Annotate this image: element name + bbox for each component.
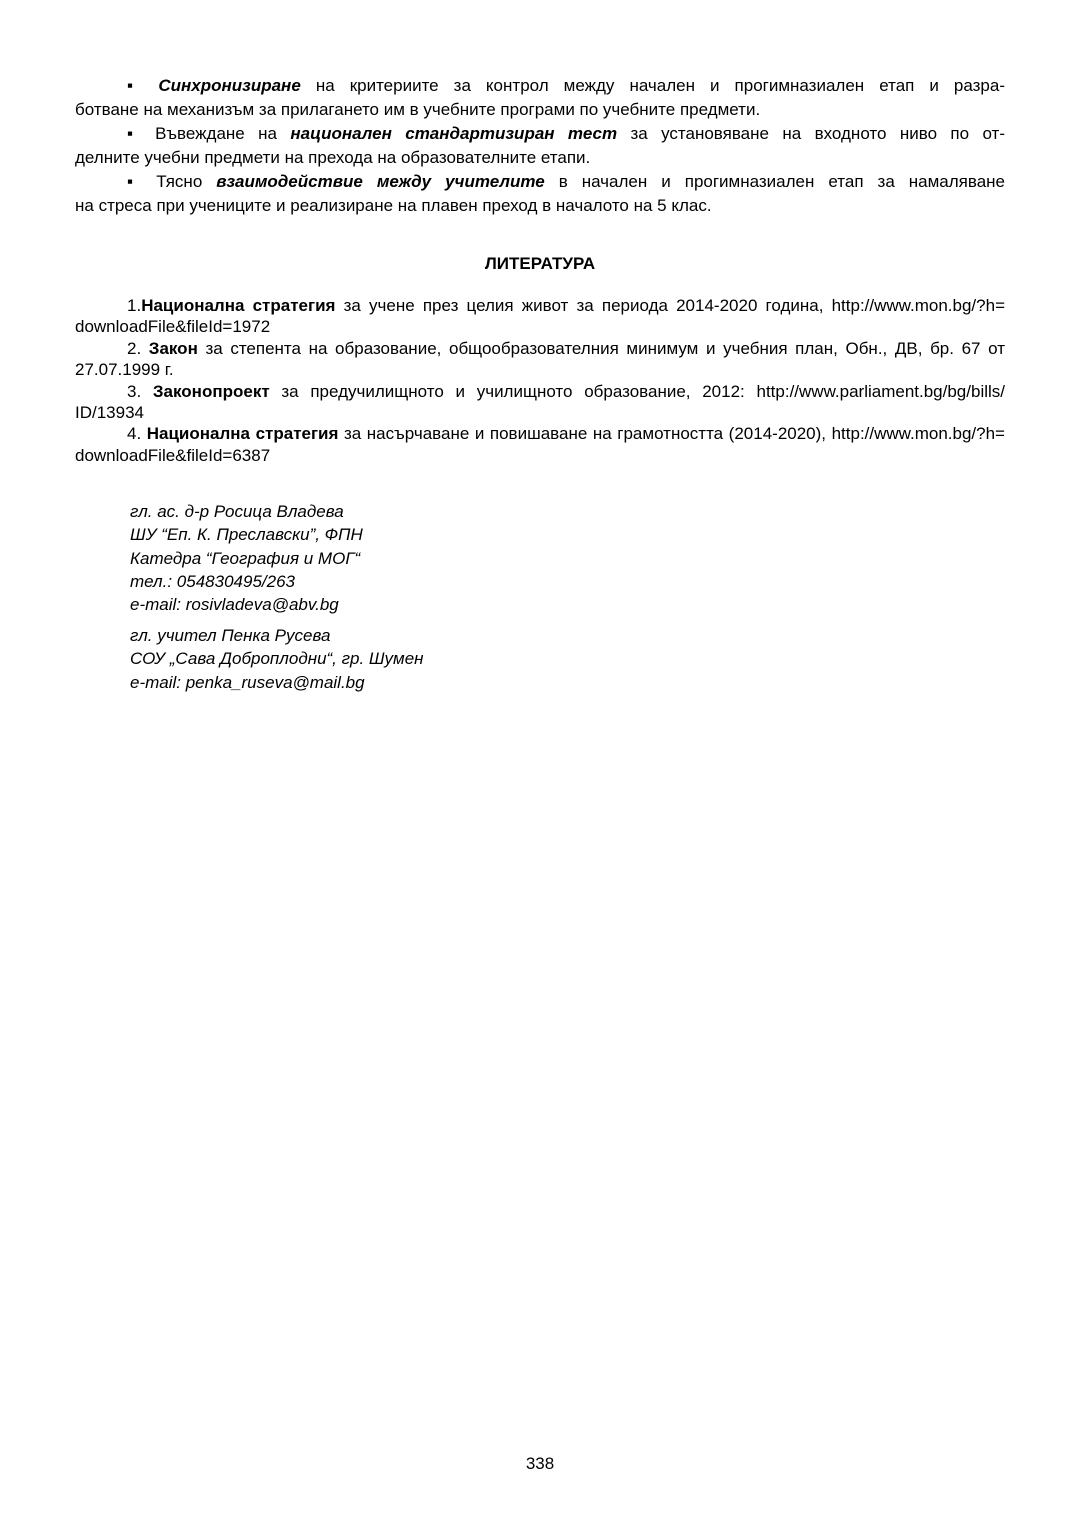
- text-line: 4. Национална стратегия за насърчаване и…: [75, 423, 1005, 444]
- text-segment: за учене през целия живот за периода 201…: [335, 296, 1005, 315]
- reference-item: 1.Национална стратегия за учене през цел…: [75, 295, 1005, 338]
- text-segment: Синхронизиране: [158, 76, 300, 95]
- text-segment: взаимодействие между учителите: [216, 172, 544, 191]
- bullet-icon: ▪: [127, 76, 158, 95]
- text-segment: ботване на механизъм за прилагането им в…: [75, 100, 760, 119]
- text-line: downloadFile&fileId=1972: [75, 316, 1005, 337]
- text-segment: Тясно: [156, 172, 216, 191]
- author-line: гл. ас. д-р Росица Владева: [130, 500, 363, 523]
- bullet-list: ▪ Синхронизиране на критериите за контро…: [75, 74, 1005, 218]
- bullet-paragraph: ▪ Въвеждане на национален стандартизиран…: [75, 122, 1005, 170]
- text-segment: 3.: [127, 382, 153, 401]
- author-line: гл. учител Пенка Русева: [130, 624, 424, 647]
- author-block-2: гл. учител Пенка РусеваСОУ „Сава Добропл…: [130, 624, 424, 694]
- author-line: тел.: 054830495/263: [130, 570, 363, 593]
- text-segment: национален стандартизиран тест: [290, 124, 617, 143]
- author-line: e-mail: rosivladeva@abv.bg: [130, 593, 363, 616]
- text-segment: в начален и прогимназиален етап за намал…: [545, 172, 1005, 191]
- bullet-icon: ▪: [127, 124, 155, 143]
- text-line: 27.07.1999 г.: [75, 359, 1005, 380]
- document-page: ▪ Синхронизиране на критериите за контро…: [0, 0, 1080, 1528]
- text-segment: на критериите за контрол между начален и…: [301, 76, 1005, 95]
- text-segment: 27.07.1999 г.: [75, 360, 174, 379]
- author-line: e-mail: penka_ruseva@mail.bg: [130, 671, 424, 694]
- text-segment: за степента на образование, общообразова…: [198, 339, 1005, 358]
- text-segment: 1.: [127, 296, 141, 315]
- reference-item: 3. Законопроект за предучилищното и учил…: [75, 381, 1005, 424]
- author-line: Катедра “География и МОГ“: [130, 547, 363, 570]
- text-segment: Закон: [149, 339, 198, 358]
- page-number: 338: [0, 1452, 1080, 1476]
- reference-item: 2. Закон за степента на образование, общ…: [75, 338, 1005, 381]
- text-segment: за предучилищното и училищното образован…: [270, 382, 1005, 401]
- text-line: делните учебни предмети на прехода на об…: [75, 146, 1005, 170]
- literature-heading: ЛИТЕРАТУРА: [0, 252, 1080, 276]
- text-line: ID/13934: [75, 402, 1005, 423]
- text-segment: Национална стратегия: [147, 424, 339, 443]
- reference-item: 4. Национална стратегия за насърчаване и…: [75, 423, 1005, 466]
- reference-list: 1.Национална стратегия за учене през цел…: [75, 295, 1005, 466]
- text-line: ▪ Въвеждане на национален стандартизиран…: [75, 122, 1005, 146]
- text-line: ботване на механизъм за прилагането им в…: [75, 98, 1005, 122]
- author-block-1: гл. ас. д-р Росица ВладеваШУ “Еп. К. Пре…: [130, 500, 363, 616]
- author-line: ШУ “Еп. К. Преславски”, ФПН: [130, 523, 363, 546]
- bullet-icon: ▪: [127, 172, 156, 191]
- text-segment: ID/13934: [75, 403, 144, 422]
- text-line: ▪ Синхронизиране на критериите за контро…: [75, 74, 1005, 98]
- text-segment: downloadFile&fileId=1972: [75, 317, 270, 336]
- text-segment: Въвеждане на: [155, 124, 290, 143]
- text-line: на стреса при учениците и реализиране на…: [75, 194, 1005, 218]
- text-segment: за насърчаване и повишаване на грамотнос…: [338, 424, 1005, 443]
- text-line: 3. Законопроект за предучилищното и учил…: [75, 381, 1005, 402]
- text-segment: за установяване на входното ниво по от-: [617, 124, 1005, 143]
- text-segment: 4.: [127, 424, 147, 443]
- text-line: 1.Национална стратегия за учене през цел…: [75, 295, 1005, 316]
- text-segment: downloadFile&fileId=6387: [75, 446, 270, 465]
- text-segment: делните учебни предмети на прехода на об…: [75, 148, 590, 167]
- text-segment: Законопроект: [153, 382, 270, 401]
- text-segment: Национална стратегия: [141, 296, 335, 315]
- bullet-paragraph: ▪ Тясно взаимодействие между учителите в…: [75, 170, 1005, 218]
- text-line: ▪ Тясно взаимодействие между учителите в…: [75, 170, 1005, 194]
- text-segment: 2.: [127, 339, 149, 358]
- text-line: 2. Закон за степента на образование, общ…: [75, 338, 1005, 359]
- text-line: downloadFile&fileId=6387: [75, 445, 1005, 466]
- bullet-paragraph: ▪ Синхронизиране на критериите за контро…: [75, 74, 1005, 122]
- text-segment: на стреса при учениците и реализиране на…: [75, 196, 712, 215]
- author-line: СОУ „Сава Доброплодни“, гр. Шумен: [130, 647, 424, 670]
